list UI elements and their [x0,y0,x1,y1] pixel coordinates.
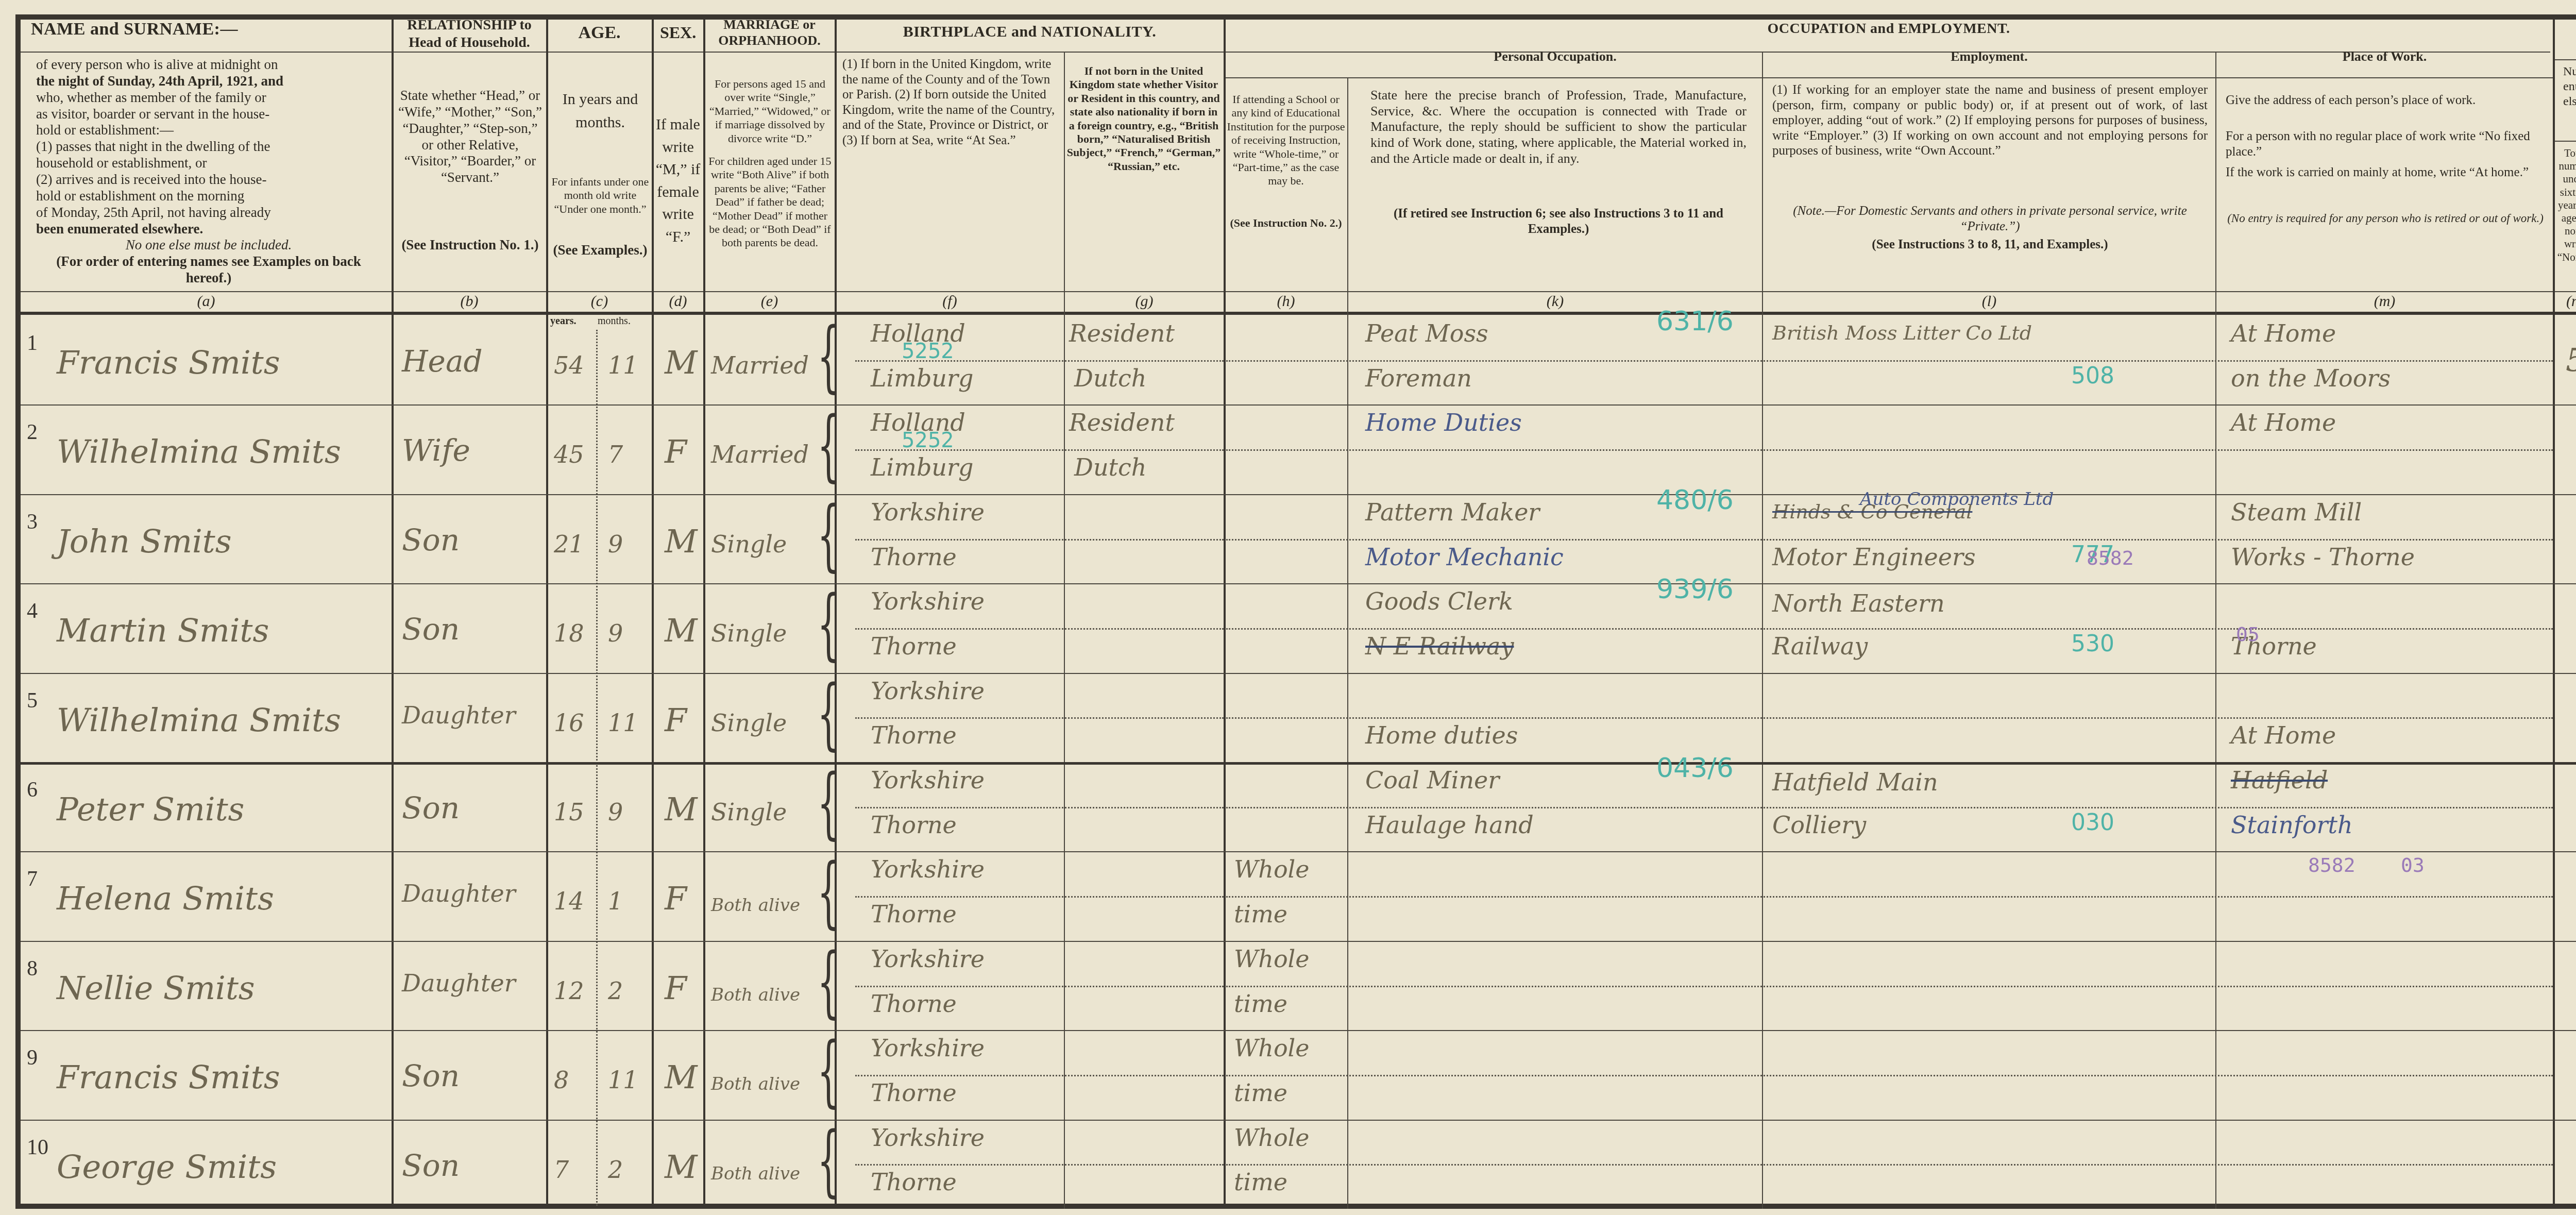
birthplace-town-value[interactable]: Thorne [871,721,957,749]
col-divider [2215,52,2216,1209]
relationship-value[interactable]: Head [402,344,483,379]
row-rule [2553,762,2576,765]
place-of-work-value-1[interactable]: Hatfield [2231,766,2328,794]
row-brace: { [817,497,839,574]
row-rule [2553,583,2576,584]
relationship-value[interactable]: Son [402,522,460,558]
relationship-value[interactable]: Son [402,1148,460,1183]
column-letter-g: (g) [1065,293,1224,310]
occupation-code-annotation: 939/6 [1656,574,1734,605]
row-rule [2553,1120,2576,1121]
header-relationship-ref: (See Instruction No. 1.) [397,237,544,254]
row-number: 4 [27,599,38,623]
header-employment-note: (Note.—For Domestic Servants and others … [1772,204,2208,234]
personal-occupation-value-2[interactable]: Haulage hand [1365,811,1534,839]
person-name[interactable]: Francis Smits [57,1058,280,1096]
age-months-value[interactable]: 2 [608,1156,623,1184]
row-rule [21,404,835,406]
marriage-orphanhood-value[interactable]: Both alive [711,1163,800,1184]
header-sex-instructions: If male write “M,” if female write “F.” [654,113,702,248]
col-divider [1064,52,1065,1209]
row-rule [2553,851,2576,852]
age-months-value[interactable]: 2 [608,977,623,1005]
row-midline [1226,1164,2553,1166]
marriage-orphanhood-value[interactable]: Married [711,351,809,379]
header-birthplace-title: BIRTHPLACE and NATIONALITY. [836,23,1224,41]
personal-occupation-value-2[interactable]: Motor Mechanic [1365,543,1564,571]
instruction-line: of Monday, 25th April, not having alread… [36,205,381,221]
schooling-value-2[interactable]: time [1234,900,1287,928]
sex-value[interactable]: M [665,1058,697,1096]
age-months-value[interactable]: 1 [608,887,623,915]
column-letter-b: (b) [393,293,546,310]
personal-occupation-value-2[interactable]: N E Railway [1365,632,1514,660]
row-rule [835,1030,2553,1031]
row-rule [835,673,2553,674]
occupation-code-annotation: 631/6 [1656,306,1734,337]
row-brace: { [817,1122,839,1200]
place-of-work-value-2[interactable]: At Home [2231,721,2336,749]
relationship-value[interactable]: Wife [402,433,470,468]
header-employment-title: Employment. [1763,49,2215,64]
personal-occupation-value-1[interactable]: Goods Clerk [1365,587,1513,615]
personal-occupation-value-1[interactable]: Home Duties [1365,409,1522,436]
place-of-work-value-2[interactable]: Works - Thorne [2231,543,2415,571]
sex-value[interactable]: F [665,701,687,739]
header-employment-ref: (See Instructions 3 to 8, 11, and Exampl… [1772,237,2208,252]
personal-occupation-value-2[interactable]: Foreman [1365,364,1472,392]
row-rule [21,1120,835,1121]
row-rule [2553,673,2576,674]
schooling-value-1[interactable]: Whole [1234,855,1310,883]
schooling-value-1[interactable]: Whole [1234,945,1310,973]
age-years-value[interactable]: 45 [554,441,584,468]
age-years-value[interactable]: 15 [554,798,584,826]
header-place-of-work-home: If the work is carried on mainly at home… [2226,165,2545,180]
header-relationship-instructions: State whether “Head,” or “Wife,” “Mother… [397,88,544,186]
column-letter-h: (h) [1225,293,1347,310]
birthplace-county-value[interactable]: Yorkshire [871,677,985,705]
row-brace: { [817,1033,839,1110]
header-married-info-subtitle: Number and ages of all living children a… [2563,64,2576,109]
rule [1224,77,2215,78]
place-of-work-value-1[interactable]: At Home [2231,319,2336,347]
sex-value[interactable]: F [665,880,687,917]
row-rule [2553,941,2576,942]
person-name[interactable]: George Smits [57,1148,277,1186]
header-place-of-work-title: Place of Work. [2216,49,2553,64]
stamp-annotation-2: 03 [2401,854,2425,876]
row-rule [21,1030,835,1031]
marriage-orphanhood-value[interactable]: Single [711,709,787,737]
employment-value-2[interactable]: Railway [1772,632,1868,660]
instruction-line: household or establishment, or [36,155,381,172]
header-schooling-ref: (See Instruction No. 2.) [1226,216,1346,230]
header-employment-text: (1) If working for an employer state the… [1772,82,2208,159]
person-name[interactable]: Peter Smits [57,790,244,828]
header-children-total-text: Total number under sixteen years of age.… [2554,147,2576,264]
age-years-value[interactable]: 54 [554,351,584,379]
birthplace-town-value[interactable]: Thorne [871,632,957,660]
instruction-line: hold or establishment on the morning [36,188,381,205]
employment-correction[interactable]: Auto Components Ltd [1860,489,2054,510]
column-letter-l: (l) [1763,293,2215,310]
employment-value-2[interactable]: Colliery [1772,811,1866,839]
row-rule [21,851,835,852]
employment-value-1[interactable]: North Eastern [1772,589,1945,617]
stamp-annotation: 05 [2236,623,2260,646]
row-rule [835,1120,2553,1121]
row-midline [855,1075,1224,1076]
age-years-label: years. [550,315,577,327]
place-of-work-value-1[interactable]: At Home [2231,409,2336,436]
instruction-line: of every person who is alive at midnight… [36,57,381,73]
row-brace: { [817,676,839,753]
nationality-status-value[interactable]: Resident [1069,319,1175,347]
header-name-title: NAME and SURNAME:— [21,20,392,39]
header-place-of-work-nofixed: For a person with no regular place of wo… [2226,129,2545,159]
header-nationality-g-text: If not born in the United Kingdom state … [1066,64,1221,173]
stamp-annotation-1: 8582 [2308,854,2355,876]
row-brace: { [817,407,839,484]
row-brace: { [817,943,839,1021]
header-age-instructions: In years and months. [551,88,649,134]
age-months-value[interactable]: 11 [608,1066,638,1094]
row-midline [855,896,1224,898]
age-months-label: months. [598,315,631,327]
row-rule [2553,404,2576,406]
rule [2553,59,2576,60]
birthplace-town-value[interactable]: Thorne [871,900,957,928]
personal-occupation-value-2[interactable]: Home duties [1365,721,1518,749]
relationship-value[interactable]: Son [402,790,460,825]
rule [2215,77,2553,78]
instruction-line: who, whether as member of the family or [36,90,381,106]
row-midline [855,539,1224,541]
schooling-value-1[interactable]: Whole [1234,1034,1310,1062]
instruction-line: been enumerated elsewhere. [36,221,381,238]
place-of-work-value-2[interactable]: Stainforth [2231,811,2353,839]
row-brace: { [817,854,839,931]
age-months-value[interactable]: 11 [608,709,638,737]
instruction-line: as visitor, boarder or servant in the ho… [36,106,381,123]
person-name[interactable]: Wilhelmina Smits [57,433,341,470]
age-years-value[interactable]: 18 [554,619,584,647]
row-number: 7 [27,867,38,891]
marriage-orphanhood-value[interactable]: Married [711,441,809,468]
birthplace-code-annotation: 5252 [902,429,954,452]
age-months-value[interactable]: 9 [608,530,623,558]
occupation-code-annotation: 480/6 [1656,485,1734,516]
relationship-value[interactable]: Son [402,1058,460,1093]
employment-code-annotation: 508 [2071,363,2114,389]
column-letter-e: (e) [704,293,835,310]
age-years-value[interactable]: 14 [554,887,584,915]
birthplace-county-value[interactable]: Yorkshire [871,766,985,794]
row-brace: { [817,318,839,395]
instruction-line: the night of Sunday, 24th April, 1921, a… [36,73,381,90]
row-rule [2553,1030,2576,1031]
header-bottom-rule [21,312,2576,315]
row-midline [855,986,1224,987]
employment-code-annotation: 530 [2071,631,2114,657]
column-letter-n: (n) [2554,293,2576,310]
age-months-value[interactable]: 11 [608,351,638,379]
employment-value-1[interactable]: Hatfield Main [1772,768,1938,796]
person-name[interactable]: Martin Smits [57,612,269,649]
instruction-line: hold or establishment:— [36,122,381,139]
marriage-orphanhood-value[interactable]: Both alive [711,1074,800,1094]
birthplace-county-value[interactable]: Yorkshire [871,587,985,615]
birthplace-town-value[interactable]: Thorne [871,543,957,571]
place-of-work-value-1[interactable]: Steam Mill [2231,498,2362,526]
row-number: 5 [27,688,38,713]
header-birthplace-f-text: (1) If born in the United Kingdom, write… [842,57,1061,148]
instruction-note: No one else must be included. [36,237,381,254]
header-personal-occupation-title: Personal Occupation. [1348,49,1762,64]
marriage-orphanhood-value[interactable]: Both alive [711,985,800,1005]
schooling-value-2[interactable]: time [1234,1168,1287,1196]
row-number: 8 [27,956,38,981]
header-occupation-title: OCCUPATION and EMPLOYMENT. [1225,21,2553,37]
header-married-info-title: Information required only in respect of … [2558,18,2576,33]
rule [21,52,392,53]
row-midline [1226,717,2553,719]
header-age-title: AGE. [547,23,652,43]
employment-code-annotation: 030 [2071,809,2114,836]
row-number: 1 [27,331,38,356]
row-rule [21,673,835,674]
personal-occupation-value-1[interactable]: Pattern Maker [1365,498,1539,526]
header-age-ref: (See Examples.) [551,242,649,259]
birthplace-county-value[interactable]: Yorkshire [871,855,985,883]
sex-value[interactable]: F [665,433,687,470]
birthplace-county-value[interactable]: Yorkshire [871,945,985,973]
relationship-value[interactable]: Daughter [402,701,516,729]
birthplace-town-value[interactable]: Thorne [871,1168,957,1196]
personal-occupation-value-1[interactable]: Coal Miner [1365,766,1499,794]
person-name[interactable]: John Smits [57,522,232,560]
row-midline [855,1164,1224,1166]
age-years-value[interactable]: 8 [554,1066,569,1094]
person-name[interactable]: Wilhelmina Smits [57,701,341,739]
relationship-value[interactable]: Daughter [402,969,516,997]
header-name-instructions: of every person who is alive at midnight… [21,57,392,286]
age-years-value[interactable]: 12 [554,977,584,1005]
row-rule [21,494,835,495]
sex-value[interactable]: M [665,612,697,649]
row-midline [1226,628,2553,630]
row-number: 10 [27,1135,48,1160]
birthplace-county-value[interactable]: Yorkshire [871,1034,985,1062]
children-total-value[interactable]: 5 [2566,341,2576,379]
stamp-annotation: 8582 [2087,547,2134,569]
instruction-footer: (For order of entering names see Example… [36,254,381,286]
row-midline [1226,807,2553,808]
sex-value[interactable]: M [665,790,697,828]
col-divider [1347,77,1348,1209]
marriage-orphanhood-value[interactable]: Single [711,530,787,558]
column-letter-d: (d) [653,293,703,310]
instruction-line: (2) arrives and is received into the hou… [36,172,381,188]
relationship-value[interactable]: Son [402,612,460,647]
header-relationship-title: RELATIONSHIP to Head of Household. [393,16,546,51]
row-brace: { [817,586,839,663]
age-years-value[interactable]: 16 [554,709,584,737]
row-rule [21,583,835,584]
schooling-value-2[interactable]: time [1234,990,1287,1018]
column-letter-c: (c) [547,293,652,310]
schooling-value-2[interactable]: time [1234,1079,1287,1107]
age-divider [596,330,598,1206]
column-letter-a: (a) [21,293,392,310]
header-marriage-children: For children aged under 15 write “Both A… [707,155,833,250]
marriage-orphanhood-value[interactable]: Single [711,798,787,826]
row-midline [855,717,1224,719]
row-number: 3 [27,510,38,534]
header-sex-title: SEX. [653,23,703,42]
header-marriage-adults: For persons aged 15 and over write “Sing… [707,77,833,145]
row-midline [1226,986,2553,987]
marriage-orphanhood-value[interactable]: Single [711,619,787,647]
age-months-value[interactable]: 9 [608,619,623,647]
employment-value-1[interactable]: British Moss Litter Co Ltd [1772,322,2032,344]
row-rule [835,404,2553,406]
sex-value[interactable]: M [665,1148,697,1186]
rule [21,291,2576,292]
age-months-value[interactable]: 7 [608,441,623,468]
row-number: 9 [27,1045,38,1070]
header-age-infant: For infants under one month old write “U… [551,175,649,216]
header-place-of-work-address: Give the address of each person’s place … [2226,93,2545,108]
nationality-value[interactable]: Dutch [1074,453,1146,481]
row-rule [21,762,835,765]
birthplace-county-value[interactable]: Yorkshire [871,1124,985,1152]
birthplace-code-annotation: 5252 [902,340,954,363]
row-midline [1226,360,2553,362]
personal-occupation-value-1[interactable]: Peat Moss [1365,319,1488,347]
employment-value-2[interactable]: Motor Engineers [1772,543,1976,571]
column-letter-m: (m) [2216,293,2553,310]
birthplace-town-value[interactable]: Thorne [871,811,957,839]
birthplace-county-value[interactable]: Yorkshire [871,498,985,526]
row-midline [855,807,1224,808]
row-number: 6 [27,778,38,802]
row-midline [1226,896,2553,898]
nationality-value[interactable]: Dutch [1074,364,1146,392]
row-brace: { [817,765,839,842]
header-marriage-title: MARRIAGE or ORPHANHOOD. [704,16,835,48]
header-place-of-work-note: (No entry is required for any person who… [2226,211,2545,225]
header-personal-occupation-ref: (If retired see Instruction 6; see also … [1370,206,1747,237]
row-midline [1226,1075,2553,1076]
schooling-value-1[interactable]: Whole [1234,1124,1310,1152]
relationship-value[interactable]: Daughter [402,880,516,907]
birthplace-town-value[interactable]: Limburg [871,364,973,392]
sex-value[interactable]: M [665,522,697,560]
rule [2553,141,2576,142]
header-schooling-text: If attending a School or any kind of Edu… [1226,93,1346,188]
marriage-orphanhood-value[interactable]: Both alive [711,895,800,916]
instruction-line: (1) passes that night in the dwelling of… [36,139,381,155]
column-letter-f: (f) [836,293,1064,310]
row-rule [2553,494,2576,495]
col-divider [1762,52,1763,1209]
person-name[interactable]: Helena Smits [57,880,274,917]
row-midline [1226,449,2553,451]
sex-value[interactable]: M [665,344,697,381]
place-of-work-value-2[interactable]: on the Moors [2231,364,2391,392]
birthplace-town-value[interactable]: Thorne [871,990,957,1018]
age-years-value[interactable]: 7 [554,1156,569,1184]
age-months-value[interactable]: 9 [608,798,623,826]
birthplace-town-value[interactable]: Thorne [871,1079,957,1107]
age-years-value[interactable]: 21 [554,530,584,558]
birthplace-town-value[interactable]: Limburg [871,453,973,481]
occupation-code-annotation: 043/6 [1656,753,1734,784]
row-number: 2 [27,420,38,445]
header-personal-occupation-text: State here the precise branch of Profess… [1370,88,1747,166]
sex-value[interactable]: F [665,969,687,1007]
nationality-status-value[interactable]: Resident [1069,409,1175,436]
row-rule [835,941,2553,942]
row-midline [1226,539,2553,541]
row-midline [855,628,1224,630]
person-name[interactable]: Nellie Smits [57,969,255,1007]
row-rule [835,851,2553,852]
row-rule [21,941,835,942]
person-name[interactable]: Francis Smits [57,344,280,381]
census-schedule-sheet: NAME and SURNAME:— of every person who i… [0,0,2576,1215]
